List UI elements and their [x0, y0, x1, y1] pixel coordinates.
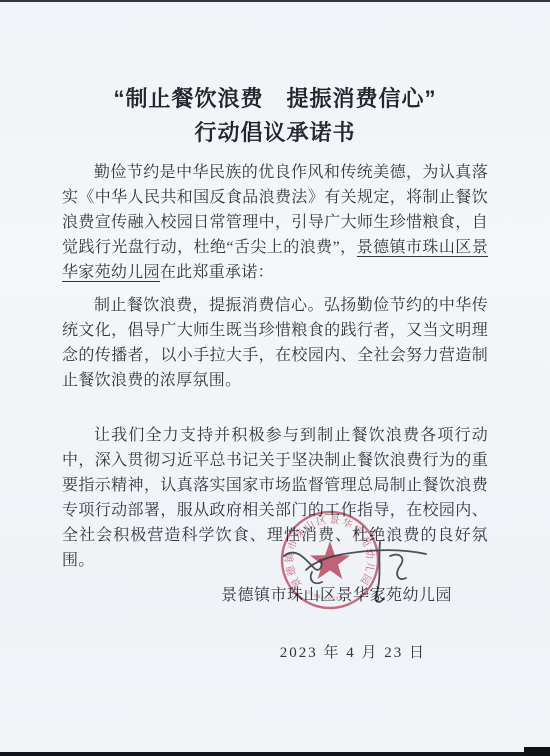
scan-edge-corner: [524, 747, 550, 756]
official-seal-stamp: 景德镇市珠山区景华家苑幼儿园 0200020034: [248, 498, 438, 630]
paragraph-pledge-intro: 勤俭节约是中华民族的优良作风和传统美德，为认真落实《中华人民共和国反食品浪费法》…: [62, 160, 488, 285]
scan-edge-top: [0, 0, 550, 2]
scanned-document-page: “制止餐饮浪费 提振消费信心” 行动倡议承诺书 勤俭节约是中华民族的优良作风和传…: [0, 0, 550, 756]
paragraph-1-closing: 在此郑重承诺：: [160, 264, 274, 281]
document-title-line2: 行动倡议承诺书: [62, 118, 488, 148]
seal-code: 0200020034: [306, 589, 343, 601]
signature-date: 2023 年 4 月 23 日: [62, 641, 488, 662]
star-icon: [310, 541, 350, 579]
handwritten-signature: [284, 542, 426, 602]
scan-edge-bottom: [0, 752, 550, 756]
document-title-line1: “制止餐饮浪费 提振消费信心”: [62, 84, 488, 114]
paragraph-commitment: 制止餐饮浪费，提振消费信心。弘扬勤俭节约的中华传统文化，倡导广大师生既当珍惜粮食…: [62, 293, 488, 393]
